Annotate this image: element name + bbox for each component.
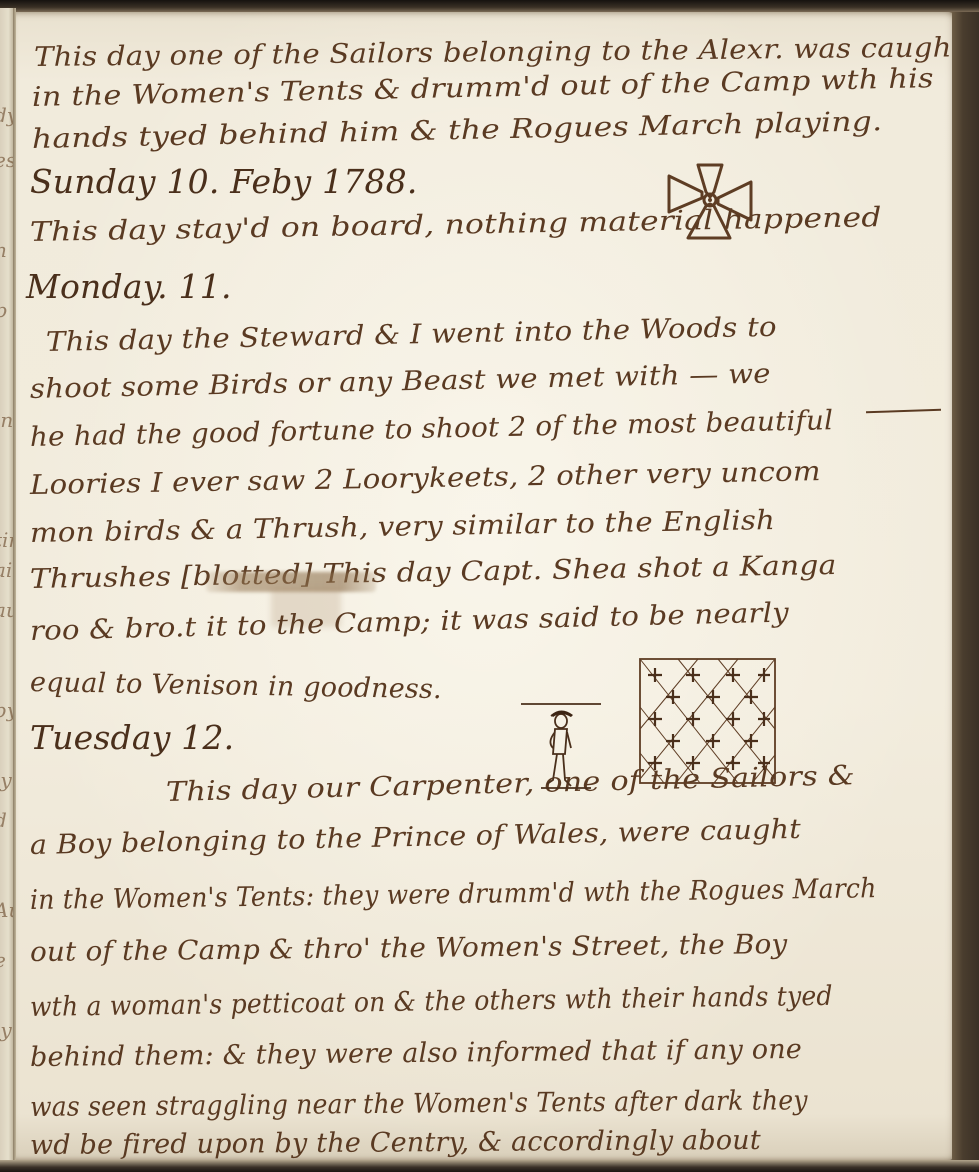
facing-page-fragment: d — [0, 808, 7, 832]
text-line: Thrushes [blotted] This day Capt. Shea s… — [30, 550, 837, 595]
text-line: behind them: & they were also informed t… — [30, 1034, 802, 1073]
facing-page-fragment: e — [0, 948, 6, 972]
lattice-grid-icon — [638, 657, 778, 787]
text-line: This day the Steward & I went into the W… — [46, 312, 777, 358]
text-line: wd be fired upon by the Centry, & accord… — [30, 1125, 761, 1160]
facing-page-fragment: es — [0, 148, 14, 172]
facing-page-edge: dy es n p in tin ai au by ly d Au e ly — [0, 8, 14, 1172]
facing-page-fragment: ly — [0, 1018, 12, 1042]
facing-page-fragment: dy — [0, 103, 14, 127]
facing-page-fragment: ai — [0, 558, 12, 582]
text-line: a Boy belonging to the Prince of Wales, … — [30, 814, 802, 861]
book-cover-edge — [952, 12, 979, 1162]
facing-page-fragment: n — [0, 238, 7, 262]
man-figure-icon — [521, 702, 601, 792]
text-line: out of the Camp & thro' the Women's Stre… — [30, 929, 788, 968]
text-line: shoot some Birds or any Beast we met wit… — [30, 358, 771, 405]
facing-page-fragment: Au — [0, 898, 14, 922]
text-line: in the Women's Tents: they were drumm'd … — [30, 873, 877, 916]
entry-heading-monday: Monday. 11. — [26, 267, 232, 306]
entry-heading-tuesday: Tuesday 12. — [30, 718, 234, 757]
text-line: he had the good fortune to shoot 2 of th… — [30, 405, 834, 453]
text-line: hands tyed behind him & the Rogues March… — [32, 106, 883, 155]
text-line: wth a woman's petticoat on & the others … — [30, 981, 833, 1023]
facing-page-fragment: p — [0, 298, 7, 322]
maltese-cross-icon — [664, 162, 756, 244]
text-line: was seen straggling near the Women's Ten… — [30, 1085, 808, 1123]
entry-heading-sunday: Sunday 10. Feby 1788. — [30, 162, 418, 201]
facing-page-fragment: ly — [0, 768, 12, 792]
book-bottom-edge — [0, 1160, 979, 1172]
facing-page-fragment: by — [0, 698, 14, 722]
strikethrough — [866, 409, 941, 414]
text-line: roo & bro.t it to the Camp; it was said … — [30, 597, 790, 647]
facing-page-fragment: in — [0, 408, 13, 432]
facing-page-fragment: au — [0, 598, 14, 622]
text-line: Loories I ever saw 2 Loorykeets, 2 other… — [30, 456, 821, 501]
facing-page-fragment: tin — [0, 528, 14, 552]
text-line: mon birds & a Thrush, very similar to th… — [30, 505, 776, 549]
manuscript-page: This day one of the Sailors belonging to… — [16, 12, 954, 1160]
text-line: equal to Venison in goodness. — [30, 667, 442, 705]
